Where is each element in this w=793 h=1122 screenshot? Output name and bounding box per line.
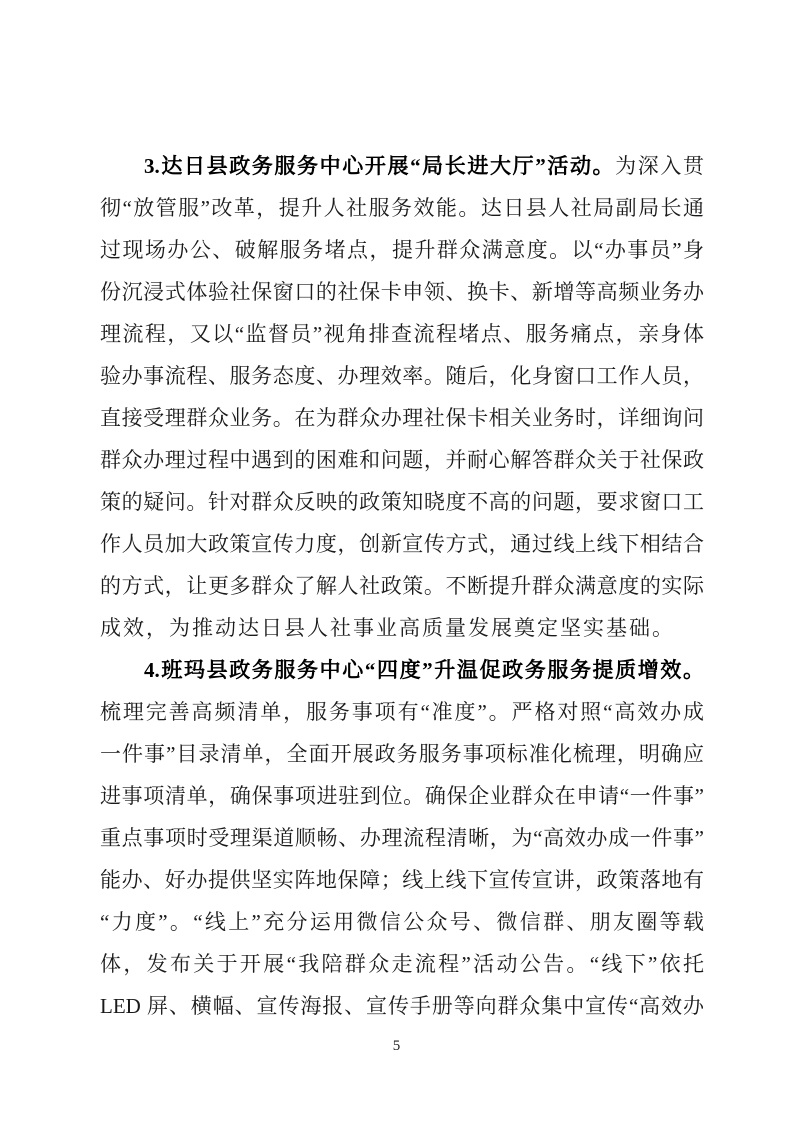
text-segment: 彻“放管服”改革，提升人社服务效能。达日县人社局副局长通 xyxy=(100,196,704,220)
text-segment: 重点事项时受理渠道顺畅、办理流程清晰，为“高效办成一件事” xyxy=(100,826,704,850)
page-number: 5 xyxy=(0,1036,793,1056)
document-body: 3.达日县政务服务中心开展“局长进大厅”活动。为深入贯 彻“放管服”改革，提升人… xyxy=(100,145,704,1027)
text-segment: 理流程，又以“监督员”视角排查流程堵点、服务痛点，亲身体 xyxy=(100,322,704,346)
text-segment: 成效，为推动达日县人社事业高质量发展奠定坚实基础。 xyxy=(100,616,675,640)
text-segment: 份沉浸式体验社保窗口的社保卡申领、换卡、新增等高频业务办 xyxy=(100,280,704,304)
text-line: 进事项清单，确保事项进驻到位。确保企业群众在申请“一件事” xyxy=(100,775,704,817)
text-line: 的方式，让更多群众了解人社政策。不断提升群众满意度的实际 xyxy=(100,565,704,607)
text-segment: 作人员加大政策宣传力度，创新宣传方式，通过线上线下相结合 xyxy=(100,532,704,556)
text-line: 能办、好办提供坚实阵地保障；线上线下宣传宣讲，政策落地有 xyxy=(100,859,704,901)
text-segment: 过现场办公、破解服务堵点，提升群众满意度。以“办事员”身 xyxy=(100,238,704,262)
document-page: 3.达日县政务服务中心开展“局长进大厅”活动。为深入贯 彻“放管服”改革，提升人… xyxy=(0,0,793,1122)
text-segment: 能办、好办提供坚实阵地保障；线上线下宣传宣讲，政策落地有 xyxy=(100,868,704,892)
text-segment: 群众办理过程中遇到的困难和问题，并耐心解答群众关于社保政 xyxy=(100,448,704,472)
text-line: 一件事”目录清单，全面开展政务服务事项标准化梳理，明确应 xyxy=(100,733,704,775)
text-line: 份沉浸式体验社保窗口的社保卡申领、换卡、新增等高频业务办 xyxy=(100,271,704,313)
text-segment: 验办事流程、服务态度、办理效率。随后，化身窗口工作人员， xyxy=(100,364,704,388)
text-line: 4.班玛县政务服务中心“四度”升温促政务服务提质增效。 xyxy=(100,649,704,691)
text-segment: 一件事”目录清单，全面开展政务服务事项标准化梳理，明确应 xyxy=(100,742,704,766)
text-line: 策的疑问。针对群众反映的政策知晓度不高的问题，要求窗口工 xyxy=(100,481,704,523)
paragraph-4: 4.班玛县政务服务中心“四度”升温促政务服务提质增效。 梳理完善高频清单，服务事… xyxy=(100,649,704,1027)
text-line: 3.达日县政务服务中心开展“局长进大厅”活动。为深入贯 xyxy=(100,145,704,187)
text-segment: 为深入贯 xyxy=(615,154,704,178)
paragraph-3: 3.达日县政务服务中心开展“局长进大厅”活动。为深入贯 彻“放管服”改革，提升人… xyxy=(100,145,704,649)
text-line: 过现场办公、破解服务堵点，提升群众满意度。以“办事员”身 xyxy=(100,229,704,271)
paragraph-4-heading: 4.班玛县政务服务中心“四度”升温促政务服务提质增效。 xyxy=(144,658,704,682)
text-line: LED 屏、横幅、宣传海报、宣传手册等向群众集中宣传“高效办 xyxy=(100,985,704,1027)
text-segment: 梳理完善高频清单，服务事项有“准度”。严格对照“高效办成 xyxy=(100,700,704,724)
text-segment: 直接受理群众业务。在为群众办理社保卡相关业务时，详细询问 xyxy=(100,406,704,430)
text-line: 彻“放管服”改革，提升人社服务效能。达日县人社局副局长通 xyxy=(100,187,704,229)
text-line: 作人员加大政策宣传力度，创新宣传方式，通过线上线下相结合 xyxy=(100,523,704,565)
text-line: 理流程，又以“监督员”视角排查流程堵点、服务痛点，亲身体 xyxy=(100,313,704,355)
text-segment: 策的疑问。针对群众反映的政策知晓度不高的问题，要求窗口工 xyxy=(100,490,704,514)
text-line: “力度”。“线上”充分运用微信公众号、微信群、朋友圈等载 xyxy=(100,901,704,943)
text-line: 直接受理群众业务。在为群众办理社保卡相关业务时，详细询问 xyxy=(100,397,704,439)
text-segment: “力度”。“线上”充分运用微信公众号、微信群、朋友圈等载 xyxy=(100,910,704,934)
text-segment: 体，发布关于开展“我陪群众走流程”活动公告。“线下”依托 xyxy=(100,952,704,976)
text-line: 重点事项时受理渠道顺畅、办理流程清晰，为“高效办成一件事” xyxy=(100,817,704,859)
text-line: 成效，为推动达日县人社事业高质量发展奠定坚实基础。 xyxy=(100,607,704,649)
text-line: 体，发布关于开展“我陪群众走流程”活动公告。“线下”依托 xyxy=(100,943,704,985)
text-segment: 的方式，让更多群众了解人社政策。不断提升群众满意度的实际 xyxy=(100,574,704,598)
text-segment: 进事项清单，确保事项进驻到位。确保企业群众在申请“一件事” xyxy=(100,784,704,808)
text-segment: LED 屏、横幅、宣传海报、宣传手册等向群众集中宣传“高效办 xyxy=(100,994,704,1018)
text-line: 梳理完善高频清单，服务事项有“准度”。严格对照“高效办成 xyxy=(100,691,704,733)
paragraph-3-heading: 3.达日县政务服务中心开展“局长进大厅”活动。 xyxy=(144,154,615,178)
text-line: 群众办理过程中遇到的困难和问题，并耐心解答群众关于社保政 xyxy=(100,439,704,481)
text-line: 验办事流程、服务态度、办理效率。随后，化身窗口工作人员， xyxy=(100,355,704,397)
